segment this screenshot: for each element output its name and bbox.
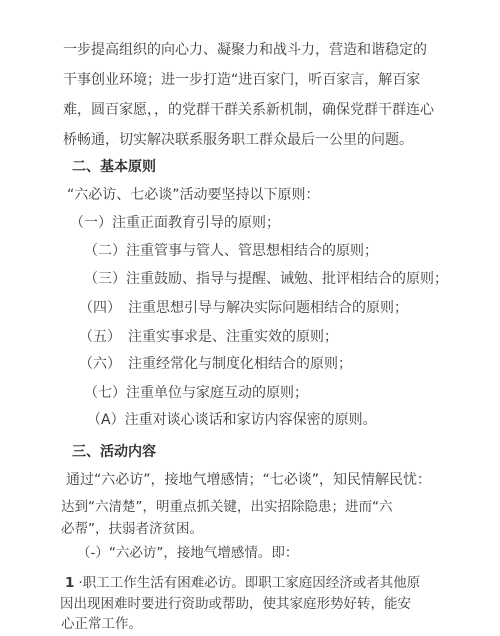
document-page: 一步提高组织的向心力、凝聚力和战斗力，营造和谐稳定的 干事创业环境；进一步打造“…	[0, 0, 500, 636]
section-heading-basic-principles: 二、基本原则	[72, 160, 156, 174]
numbered-item-1: 1·职工工作生活有困难必访。即职工家庭因经济或者其他原	[65, 577, 420, 591]
subsection-heading-six-visits: （-）“六必访”，接地气增感情。即：	[77, 547, 298, 561]
item-number: 1	[65, 575, 74, 591]
paragraph-line: 因出现困难时要进行资助或帮助，使其家庭形势好转，能安	[60, 598, 411, 612]
paragraph-line: 达到“六清楚”，明重点抓关键，出实招除隐患；进而“六	[61, 501, 392, 515]
paragraph-line: 通过“六必访”，接地气增感情；“七必谈”，知民情解民忧：	[66, 473, 431, 487]
paragraph-line: 心正常工作。	[61, 618, 142, 632]
section-heading-activity-content: 三、活动内容	[72, 445, 156, 459]
principle-item-2: （二）注重管事与管人、管思想相结合的原则；	[84, 244, 378, 258]
principle-item-1: （一）注重正面教育引导的原则；	[70, 216, 280, 230]
item-text: ·职工工作生活有困难必访。即职工家庭因经济或者其他原	[78, 575, 420, 591]
paragraph-line: 必帮”，扶弱者济贫困。	[61, 523, 203, 537]
principle-item-8: （A）注重对谈心谈话和家访内容保密的原则。	[87, 413, 377, 427]
paragraph-line: 难，圆百家愿，，的党群干群关系新机制，确保党群干群连心	[63, 103, 434, 117]
paragraph-line: 一步提高组织的向心力、凝聚力和战斗力，营造和谐稳定的	[63, 43, 427, 57]
paragraph-line: 桥畅通，切实解决联系服务职工群众最后一公里的问题。	[63, 133, 413, 147]
paragraph-line: “六必访、七必谈”活动要坚持以下原则：	[67, 188, 320, 202]
principle-item-7: （七）注重单位与家庭互动的原则；	[84, 386, 308, 400]
paragraph-line: 干事创业环境；进一步打造“进百家门，听百家言，解百家	[63, 73, 420, 87]
principle-item-6: （六） 注重经常化与制度化相结合的原则；	[79, 357, 352, 371]
principle-item-4: （四） 注重思想引导与解决实际问题相结合的原则；	[79, 301, 408, 315]
principle-item-3: （三）注重鼓励、指导与提醒、诫勉、批评相结合的原则；	[84, 272, 448, 286]
principle-item-5: （五） 注重实事求是、注重实效的原则；	[79, 330, 338, 344]
